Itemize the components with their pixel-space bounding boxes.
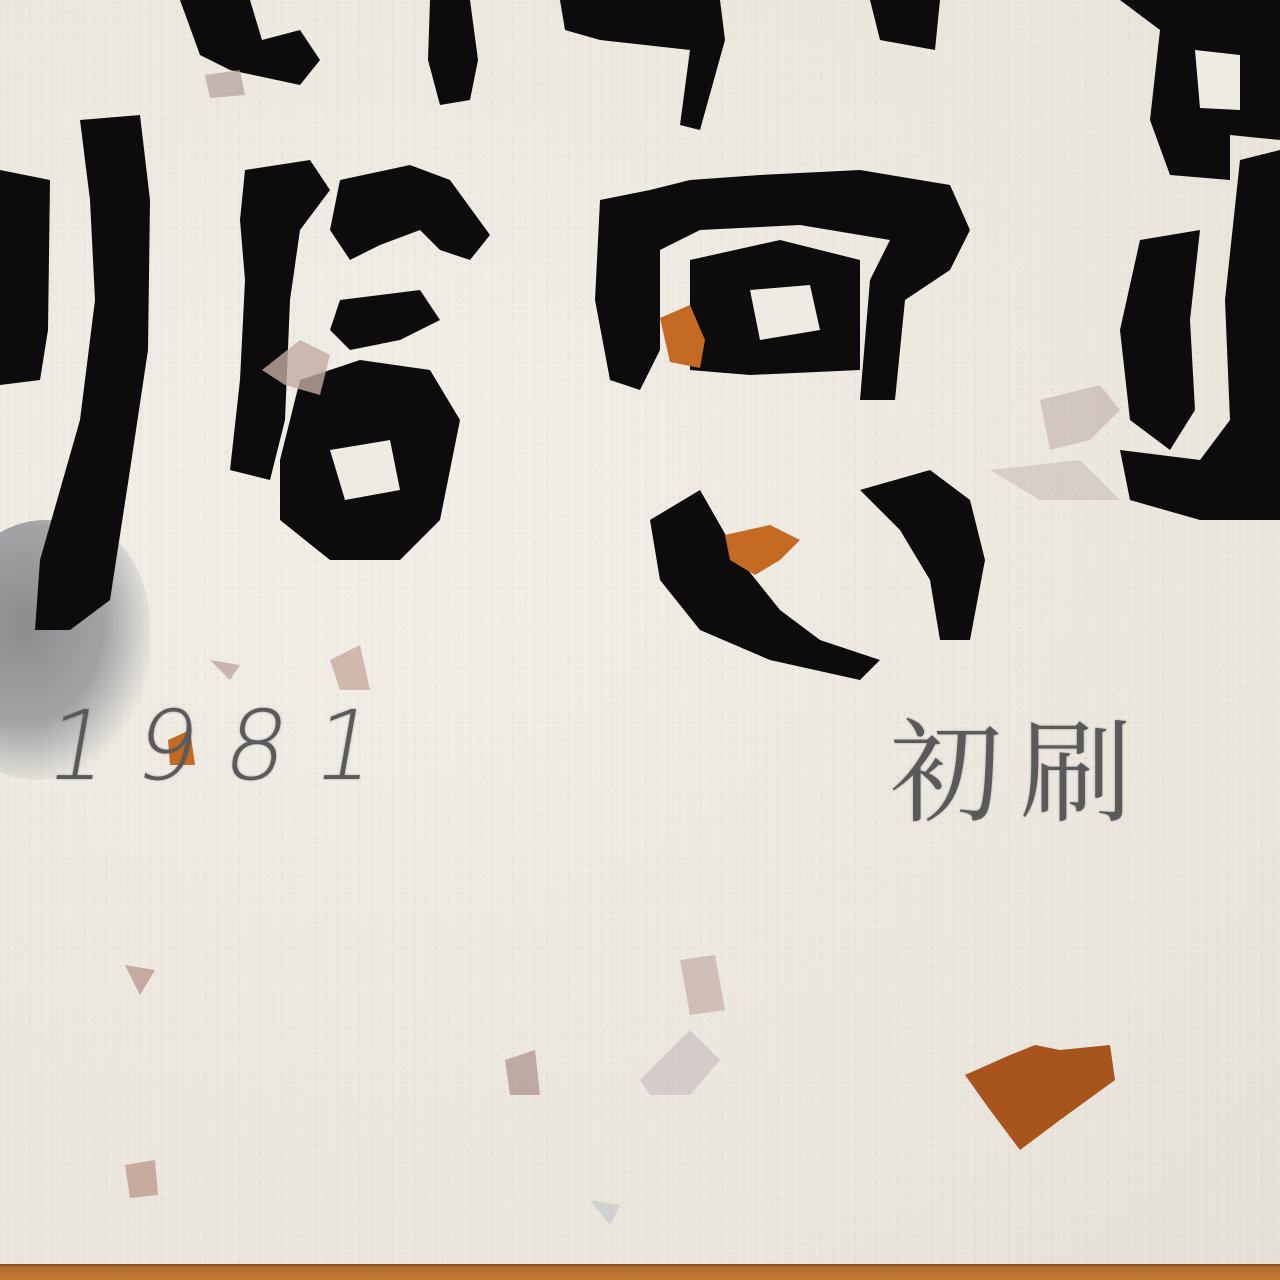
artwork-photo: 1981 初刷 — [0, 0, 1280, 1280]
first-printing-inscription: 初刷 — [890, 684, 1150, 845]
year-inscription: 1981 — [38, 690, 414, 802]
paper-flecks — [0, 0, 1280, 1280]
wooden-frame-edge — [0, 1264, 1280, 1280]
